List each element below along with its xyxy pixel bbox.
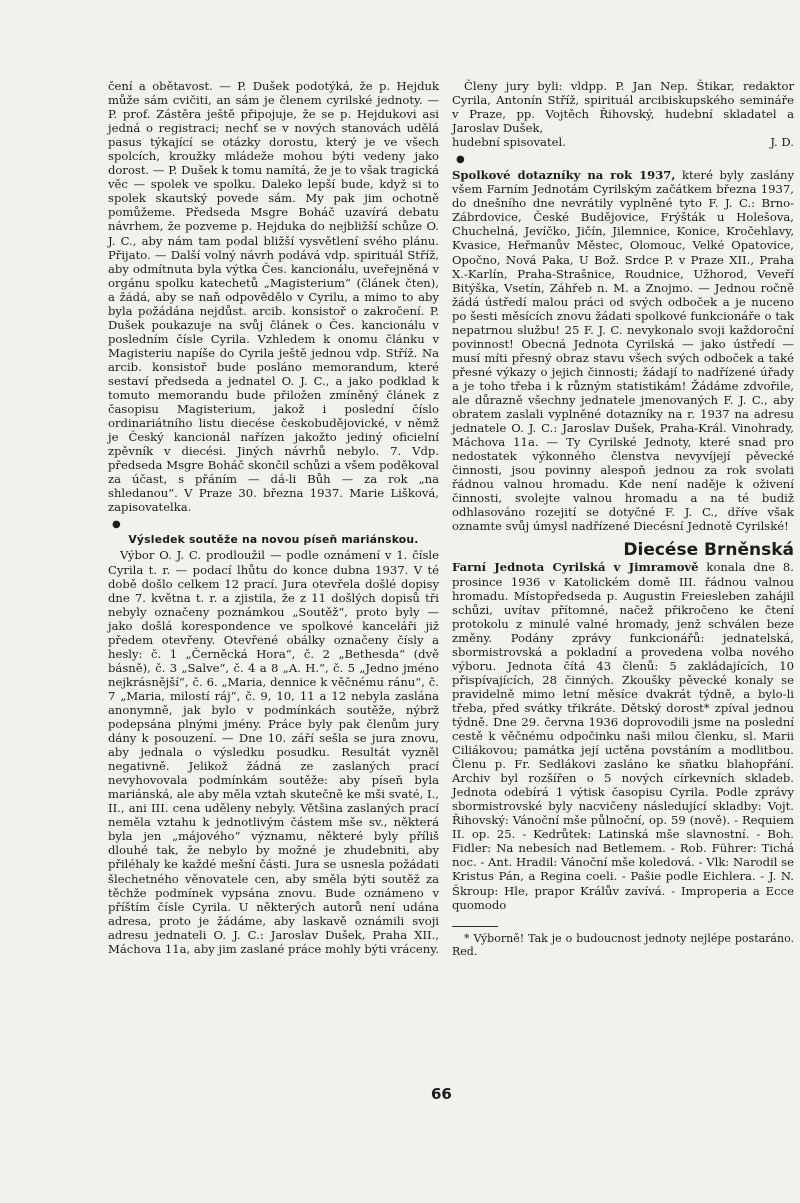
document-page: čení a obětavost. — P. Dušek podotýká, ž… bbox=[0, 0, 800, 1203]
questionnaire-body: které byly zaslány všem Farním Jednotám … bbox=[452, 168, 794, 533]
jimramov-report-paragraph: Farní Jednota Cyrilská v Jimramově konal… bbox=[452, 560, 794, 911]
contest-results-title: Výsledek soutěže na novou píseň mariánsk… bbox=[108, 533, 439, 547]
author-signature: J. D. bbox=[770, 135, 794, 149]
jimramov-report-body: konala dne 8. prosince 1936 v Katolickém… bbox=[452, 560, 794, 911]
meeting-minutes-continuation: čení a obětavost. — P. Dušek podotýká, ž… bbox=[108, 79, 439, 514]
questionnaire-lead: Spolkové dotazníky na rok 1937, bbox=[452, 168, 675, 182]
left-column: čení a obětavost. — P. Dušek podotýká, ž… bbox=[108, 79, 439, 956]
right-column: Členy jury byli: vldpp. P. Jan Nep. Štik… bbox=[452, 79, 794, 959]
jury-members-paragraph: Členy jury byli: vldpp. P. Jan Nep. Štik… bbox=[452, 79, 794, 135]
section-separator-bullet-icon: ● bbox=[112, 518, 439, 530]
questionnaire-paragraph: Spolkové dotazníky na rok 1937, které by… bbox=[452, 168, 794, 533]
page-number: 66 bbox=[431, 1085, 452, 1103]
diocese-heading: Diecése Brněnská bbox=[452, 540, 794, 560]
jury-last-line: hudební spisovatel. bbox=[452, 135, 566, 149]
contest-results-body: Výbor O. J. C. prodloužil — podle oznáme… bbox=[108, 548, 439, 955]
jury-signature-line: hudební spisovatel. J. D. bbox=[452, 135, 794, 149]
section-separator-bullet-icon: ● bbox=[456, 153, 794, 165]
footnote: * Výborně! Tak je o budoucnost jednoty n… bbox=[452, 932, 794, 959]
footnote-divider bbox=[452, 926, 498, 927]
jimramov-report-lead: Farní Jednota Cyrilská v Jimramově bbox=[452, 560, 699, 574]
